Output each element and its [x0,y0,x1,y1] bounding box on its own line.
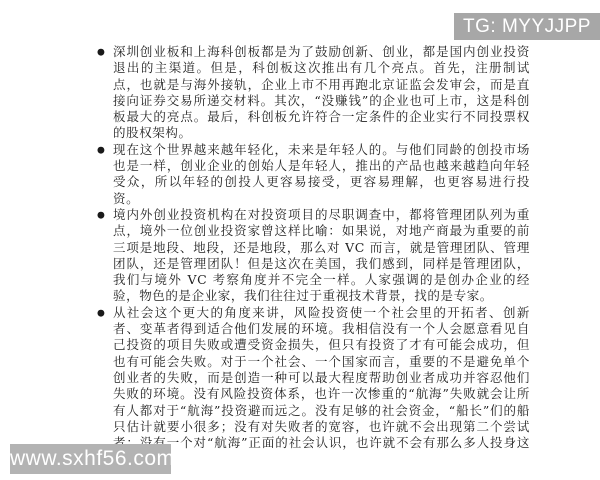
paragraph-text: 从社会这个更大的角度来讲，风险投资使一个社会里的开拓者、创新者、变革者得到适合他… [113,305,530,468]
document-page: TG: MYYJJPP ● 深圳创业板和上海科创板都是为了鼓励创新、创业，都是国… [0,0,600,480]
bullet-list: ● 深圳创业板和上海科创板都是为了鼓励创新、创业，都是国内创业投资退出的主渠道。… [97,44,530,468]
tg-watermark-badge: TG: MYYJJPP [454,13,600,40]
list-item: ● 深圳创业板和上海科创板都是为了鼓励创新、创业，都是国内创业投资退出的主渠道。… [97,44,530,142]
bullet-icon: ● [97,142,113,158]
bullet-icon: ● [97,305,113,321]
bullet-icon: ● [97,45,113,61]
list-item: ● 境内外创业投资机构在对投资项目的尽职调查中，都将管理团队列为重点，境外一位创… [97,207,530,305]
list-item: ● 现在这个世界越来越年轻化，未来是年轻人的。与他们同龄的创投市场也是一样，创业… [97,142,530,207]
paragraph-text: 境内外创业投资机构在对投资项目的尽职调查中，都将管理团队列为重点，境外一位创业投… [113,207,530,305]
website-watermark: www.sxhf56.com [10,444,171,474]
bullet-icon: ● [97,207,113,223]
paragraph-text: 现在这个世界越来越年轻化，未来是年轻人的。与他们同龄的创投市场也是一样，创业企业… [113,142,530,207]
paragraph-text: 深圳创业板和上海科创板都是为了鼓励创新、创业，都是国内创业投资退出的主渠道。但是… [113,44,530,142]
